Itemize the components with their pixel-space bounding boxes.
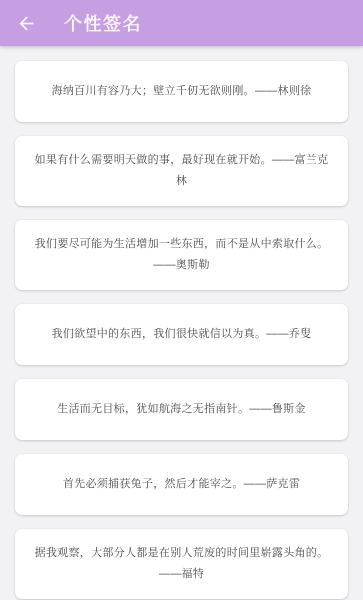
quote-card[interactable]: 据我观察，大部分人都是在别人荒废的时间里崭露头角的。 ——福特 bbox=[15, 529, 348, 599]
arrow-left-icon bbox=[16, 13, 37, 34]
quote-author-line: ——福特 bbox=[29, 564, 334, 585]
quote-text: 我们欲望中的东西，我们很快就信以为真。——乔叟 bbox=[29, 324, 334, 345]
quote-card[interactable]: 我们要尽可能为生活增加一些东西，而不是从中索取什么。 ——奥斯勒 bbox=[15, 220, 348, 290]
quote-list: 海纳百川有容乃大；壁立千仞无欲则刚。——林则徐 如果有什么需要明天做的事，最好现… bbox=[0, 46, 363, 599]
back-button[interactable] bbox=[6, 3, 46, 43]
quote-text: 首先必须捕获兔子，然后才能宰之。——萨克雷 bbox=[29, 474, 334, 495]
quote-text: 我们要尽可能为生活增加一些东西，而不是从中索取什么。 bbox=[29, 234, 334, 255]
quote-card[interactable]: 海纳百川有容乃大；壁立千仞无欲则刚。——林则徐 bbox=[15, 61, 348, 122]
quote-text: 海纳百川有容乃大；壁立千仞无欲则刚。——林则徐 bbox=[29, 81, 334, 102]
app-bar: 个性签名 bbox=[0, 0, 363, 46]
quote-card[interactable]: 如果有什么需要明天做的事，最好现在就开始。——富兰克林 bbox=[15, 136, 348, 206]
quote-text: 生活而无目标，犹如航海之无指南针。——鲁斯金 bbox=[29, 399, 334, 420]
page-title: 个性签名 bbox=[64, 10, 142, 36]
quote-card[interactable]: 首先必须捕获兔子，然后才能宰之。——萨克雷 bbox=[15, 454, 348, 515]
quote-card[interactable]: 我们欲望中的东西，我们很快就信以为真。——乔叟 bbox=[15, 304, 348, 365]
quote-text: 据我观察，大部分人都是在别人荒废的时间里崭露头角的。 bbox=[29, 543, 334, 564]
quote-author-line: ——奥斯勒 bbox=[29, 255, 334, 276]
quote-card[interactable]: 生活而无目标，犹如航海之无指南针。——鲁斯金 bbox=[15, 379, 348, 440]
quote-text: 如果有什么需要明天做的事，最好现在就开始。——富兰克林 bbox=[29, 150, 334, 192]
